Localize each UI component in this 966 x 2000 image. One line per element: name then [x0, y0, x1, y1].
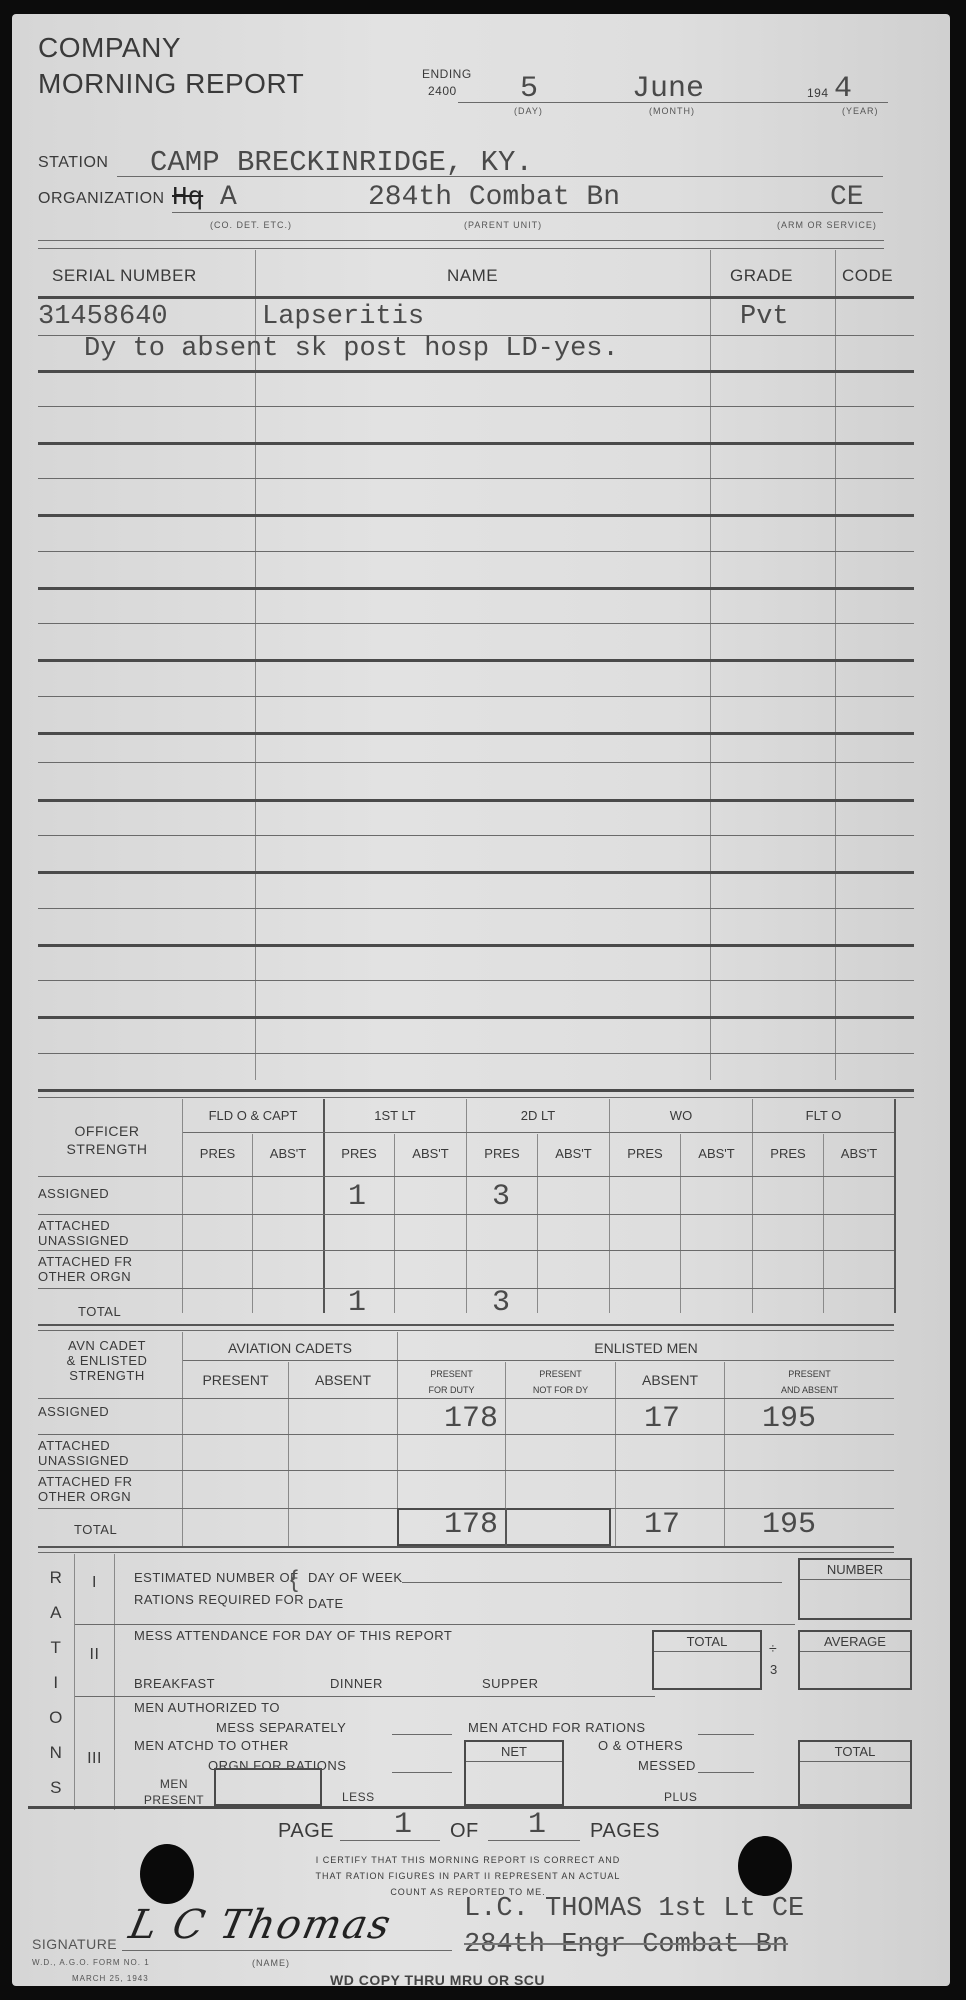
day-of-week-label: DAY OF WEEK	[308, 1570, 403, 1585]
officer-1st-lt-total: 1	[348, 1286, 366, 1320]
less-label: LESS	[342, 1790, 375, 1804]
row-label-total: TOTAL	[74, 1522, 117, 1537]
page-label: PAGE	[278, 1820, 334, 1843]
sub-abs: ABS'T	[681, 1146, 752, 1161]
day-value: 5	[520, 72, 538, 106]
col-present-not-for-duty: PRESENT NOT FOR DY	[506, 1366, 615, 1398]
col-present-and-absent: PRESENT AND ABSENT	[725, 1366, 894, 1398]
form-title-line1: COMPANY	[38, 32, 181, 64]
plus-label: PLUS	[664, 1790, 697, 1804]
row-label-assigned: ASSIGNED	[38, 1404, 109, 1419]
ending-time: 2400	[428, 84, 457, 98]
entry-grade: Pvt	[740, 302, 789, 332]
row-label-total: TOTAL	[78, 1304, 121, 1319]
station-value: CAMP BRECKINRIDGE, KY.	[150, 146, 533, 179]
of-label: OF	[450, 1820, 479, 1843]
ending-label: ENDING	[422, 67, 472, 81]
sub-abs: ABS'T	[824, 1146, 894, 1161]
em-absent-assigned: 17	[644, 1402, 680, 1436]
signature-label: SIGNATURE	[32, 1936, 117, 1952]
officer-strength-title: OFFICER STRENGTH	[52, 1122, 162, 1158]
form-title-line2: MORNING REPORT	[38, 68, 304, 100]
o-others-line1: O & OTHERS	[598, 1738, 683, 1753]
men-authorized-line1: MEN AUTHORIZED TO	[134, 1700, 280, 1715]
col-serial-header: SERIAL NUMBER	[52, 266, 197, 286]
organization-label: ORGANIZATION	[38, 190, 165, 208]
col-cadet-absent: ABSENT	[289, 1372, 397, 1388]
station-label: STATION	[38, 154, 108, 172]
supper-label: SUPPER	[482, 1676, 538, 1691]
year-caption: (YEAR)	[842, 106, 879, 116]
men-present-box	[214, 1768, 322, 1806]
mess-total-box: TOTAL	[652, 1630, 762, 1690]
name-caption: (NAME)	[252, 1958, 290, 1968]
mess-attendance-title: MESS ATTENDANCE FOR DAY OF THIS REPORT	[134, 1628, 452, 1643]
entry-serial: 31458640	[38, 302, 168, 332]
men-atchd-other-line1: MEN ATCHD TO OTHER	[134, 1738, 289, 1753]
em-present-for-duty-assigned: 178	[444, 1402, 498, 1436]
typed-unit: 284th Engr Combat Bn	[464, 1930, 788, 1960]
divisor: 3	[770, 1662, 778, 1677]
number-box: NUMBER	[798, 1558, 912, 1620]
part-i-numeral: I	[75, 1574, 114, 1592]
average-box: AVERAGE	[798, 1630, 912, 1690]
sub-abs: ABS'T	[253, 1146, 323, 1161]
em-present-and-absent-total: 195	[762, 1508, 816, 1542]
net-box: NET	[464, 1740, 564, 1806]
group-enlisted-men: ENLISTED MEN	[398, 1340, 894, 1356]
group-fld-o-capt: FLD O & CAPT	[183, 1108, 323, 1123]
group-1st-lt: 1ST LT	[324, 1108, 466, 1123]
sub-pres: PRES	[610, 1146, 680, 1161]
entry-name: Lapseritis	[262, 302, 424, 332]
punch-hole-left	[140, 1844, 194, 1904]
part-i-line2: RATIONS REQUIRED FOR	[134, 1592, 304, 1607]
officer-2d-lt-total: 3	[492, 1286, 510, 1320]
form-number: W.D., A.G.O. FORM NO. 1	[32, 1958, 150, 1967]
month-caption: (MONTH)	[649, 106, 695, 116]
part-ii-numeral: II	[75, 1646, 114, 1664]
pages-label: PAGES	[590, 1820, 660, 1843]
arm-service-value: CE	[830, 182, 864, 213]
certification-text: I CERTIFY THAT THIS MORNING REPORT IS CO…	[248, 1852, 688, 1900]
row-label-attached-fr-other: ATTACHED FR OTHER ORGN	[38, 1474, 158, 1504]
parent-unit-value: 284th Combat Bn	[368, 182, 620, 213]
row-label-attached-unassigned: ATTACHED UNASSIGNED	[38, 1218, 158, 1248]
col-grade-header: GRADE	[730, 266, 793, 286]
sub-pres: PRES	[467, 1146, 537, 1161]
brace-icon: {	[290, 1566, 299, 1594]
wd-copy-note: WD COPY THRU MRU OR SCU	[330, 1972, 545, 1988]
typed-name: L.C. THOMAS 1st Lt CE	[464, 1894, 804, 1924]
officer-1st-lt-assigned: 1	[348, 1180, 366, 1214]
day-caption: (DAY)	[514, 106, 543, 116]
men-present-label: MEN PRESENT	[138, 1776, 210, 1808]
page-number: 1	[394, 1808, 412, 1842]
em-present-for-duty-total: 178	[444, 1508, 498, 1542]
o-others-line2: MESSED	[638, 1758, 696, 1773]
part-i-line1: ESTIMATED NUMBER OF	[134, 1570, 299, 1585]
sub-pres: PRES	[753, 1146, 823, 1161]
officer-2d-lt-assigned: 3	[492, 1180, 510, 1214]
year-digit: 4	[834, 72, 852, 106]
company-value: A	[220, 182, 237, 213]
company-caption: (CO. DET. ETC.)	[210, 220, 292, 230]
men-atchd-for-rations-label: MEN ATCHD FOR RATIONS	[468, 1720, 646, 1735]
parent-unit-caption: (PARENT UNIT)	[464, 220, 542, 230]
col-cadet-present: PRESENT	[183, 1372, 288, 1388]
row-label-attached-unassigned: ATTACHED UNASSIGNED	[38, 1438, 158, 1468]
dinner-label: DINNER	[330, 1676, 383, 1691]
arm-service-caption: (ARM OR SERVICE)	[777, 220, 877, 230]
handwritten-signature: L C Thomas	[125, 1902, 396, 1948]
sub-pres: PRES	[324, 1146, 394, 1161]
sub-pres: PRES	[183, 1146, 252, 1161]
col-em-absent: ABSENT	[616, 1372, 724, 1388]
row-label-attached-fr-other: ATTACHED FR OTHER ORGN	[38, 1254, 158, 1284]
breakfast-label: BREAKFAST	[134, 1676, 215, 1691]
entry-remark: Dy to absent sk post hosp LD-yes.	[84, 334, 619, 364]
group-wo: WO	[610, 1108, 752, 1123]
form-date: MARCH 25, 1943	[72, 1974, 149, 1983]
row-label-assigned: ASSIGNED	[38, 1186, 109, 1201]
punch-hole-right	[738, 1836, 792, 1896]
divide-icon: ÷	[769, 1640, 777, 1656]
sub-abs: ABS'T	[395, 1146, 466, 1161]
group-aviation-cadets: AVIATION CADETS	[183, 1340, 397, 1356]
part-iii-numeral: III	[75, 1750, 114, 1768]
col-code-header: CODE	[842, 266, 893, 286]
month-value: June	[632, 72, 704, 106]
rations-side-label: R A T I O N S	[38, 1560, 74, 1805]
col-name-header: NAME	[447, 266, 498, 286]
group-flt-o: FLT O	[753, 1108, 894, 1123]
rations-total-box: TOTAL	[798, 1740, 912, 1806]
men-authorized-line2: MESS SEPARATELY	[216, 1720, 346, 1735]
sub-abs: ABS'T	[538, 1146, 609, 1161]
group-2d-lt: 2D LT	[467, 1108, 609, 1123]
company-struck-value: Hq	[172, 182, 203, 212]
col-present-for-duty: PRESENT FOR DUTY	[398, 1366, 505, 1398]
morning-report-form: COMPANY MORNING REPORT ENDING 2400 5 (DA…	[12, 14, 950, 1986]
present-total-box	[397, 1508, 611, 1546]
date-label: DATE	[308, 1596, 344, 1611]
em-absent-total: 17	[644, 1508, 680, 1542]
em-present-and-absent-assigned: 195	[762, 1402, 816, 1436]
page-total: 1	[528, 1808, 546, 1842]
year-prefix: 194	[807, 86, 829, 100]
enlisted-strength-title: AVN CADET & ENLISTED STRENGTH	[42, 1338, 172, 1383]
